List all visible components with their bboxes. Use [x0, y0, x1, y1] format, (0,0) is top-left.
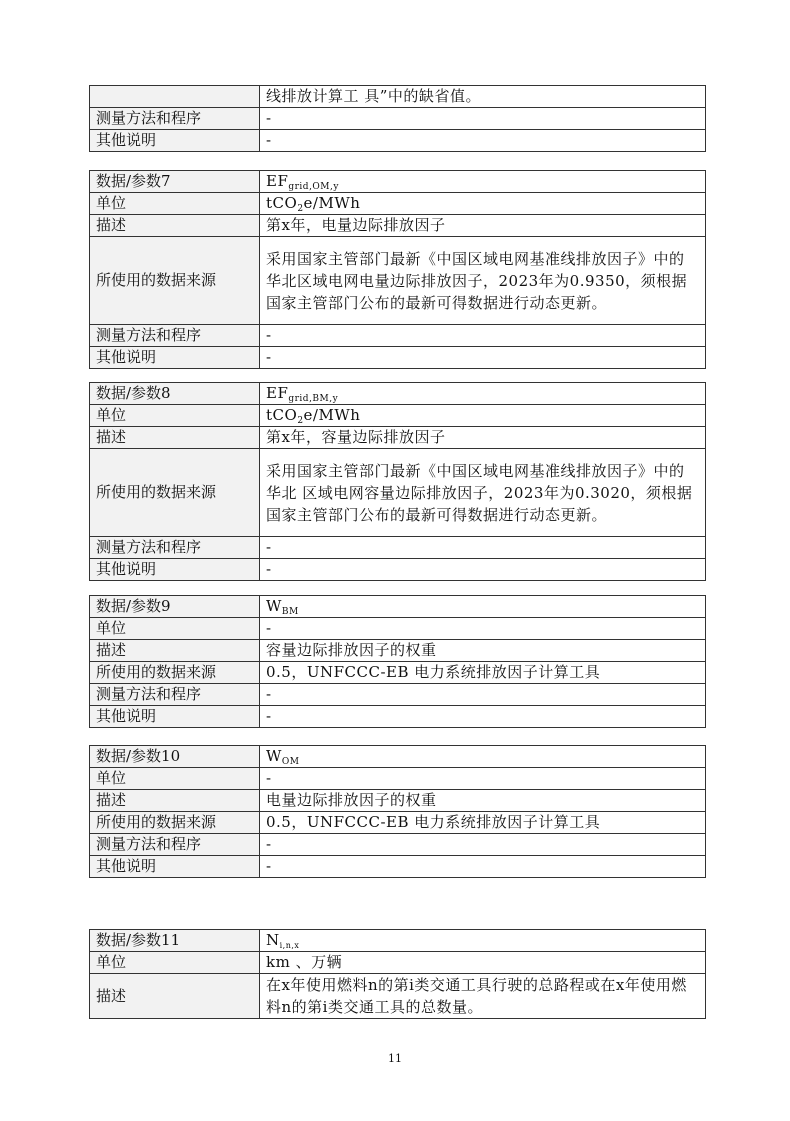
table-row: 单位 km 、万辆 — [90, 952, 706, 974]
table-row: 测量方法和程序 - — [90, 834, 706, 856]
unit-label: 单位 — [90, 952, 260, 974]
table-row: 单位 - — [90, 618, 706, 640]
source-value: 0.5，UNFCCC-EB 电力系统排放因子计算工具 — [260, 662, 706, 684]
method-label: 测量方法和程序 — [90, 834, 260, 856]
param-symbol: EFgrid,OM,y — [260, 171, 706, 193]
param-label: 数据/参数8 — [90, 383, 260, 405]
table-row: 描述 电量边际排放因子的权重 — [90, 790, 706, 812]
unit-label: 单位 — [90, 405, 260, 427]
row-label: 其他说明 — [90, 130, 260, 152]
param-label: 数据/参数11 — [90, 930, 260, 952]
table-row: 所使用的数据来源 0.5，UNFCCC-EB 电力系统排放因子计算工具 — [90, 812, 706, 834]
table-row: 线排放计算工 具”中的缺省值。 — [90, 86, 706, 108]
symbol-main: EF — [266, 384, 288, 402]
unit-value: km 、万辆 — [260, 952, 706, 974]
method-value: - — [260, 325, 706, 347]
unit-value: - — [260, 618, 706, 640]
table-row: 测量方法和程序 - — [90, 325, 706, 347]
unit-post: e/MWh — [304, 406, 361, 424]
row-label — [90, 86, 260, 108]
table-row: 描述 第x年，容量边际排放因子 — [90, 427, 706, 449]
row-value: 线排放计算工 具”中的缺省值。 — [260, 86, 706, 108]
table-row: 描述 第x年，电量边际排放因子 — [90, 215, 706, 237]
param-label: 数据/参数10 — [90, 746, 260, 768]
unit-label: 单位 — [90, 768, 260, 790]
table-row: 单位 tCO2e/MWh — [90, 193, 706, 215]
row-value: - — [260, 130, 706, 152]
unit-pre: tCO — [266, 194, 297, 212]
unit-post: e/MWh — [304, 194, 361, 212]
table-row: 描述 容量边际排放因子的权重 — [90, 640, 706, 662]
table-param-10: 数据/参数10 WOM 单位 - 描述 电量边际排放因子的权重 所使用的数据来源… — [89, 745, 706, 878]
method-label: 测量方法和程序 — [90, 537, 260, 559]
method-value: - — [260, 834, 706, 856]
symbol-sub: BM — [282, 607, 299, 617]
table-row: 其他说明 - — [90, 347, 706, 369]
row-label: 测量方法和程序 — [90, 108, 260, 130]
table-row: 数据/参数7 EFgrid,OM,y — [90, 171, 706, 193]
unit-value: - — [260, 768, 706, 790]
table-param-8: 数据/参数8 EFgrid,BM,y 单位 tCO2e/MWh 描述 第x年，容… — [89, 382, 706, 581]
source-value: 0.5，UNFCCC-EB 电力系统排放因子计算工具 — [260, 812, 706, 834]
desc-value: 第x年，容量边际排放因子 — [260, 427, 706, 449]
desc-value: 容量边际排放因子的权重 — [260, 640, 706, 662]
other-label: 其他说明 — [90, 856, 260, 878]
table-param-11: 数据/参数11 Ni,n,x 单位 km 、万辆 描述 在x年使用燃料n的第i类… — [89, 929, 706, 1019]
desc-label: 描述 — [90, 790, 260, 812]
unit-pre: tCO — [266, 406, 297, 424]
source-label: 所使用的数据来源 — [90, 812, 260, 834]
table-row: 测量方法和程序 - — [90, 537, 706, 559]
other-value: - — [260, 559, 706, 581]
table-row: 测量方法和程序 - — [90, 108, 706, 130]
source-label: 所使用的数据来源 — [90, 449, 260, 537]
method-label: 测量方法和程序 — [90, 325, 260, 347]
table-row: 数据/参数10 WOM — [90, 746, 706, 768]
desc-label: 描述 — [90, 640, 260, 662]
table-row: 数据/参数9 WBM — [90, 596, 706, 618]
desc-value: 第x年，电量边际排放因子 — [260, 215, 706, 237]
param-symbol: WOM — [260, 746, 706, 768]
method-value: - — [260, 684, 706, 706]
table-row: 其他说明 - — [90, 856, 706, 878]
source-value: 采用国家主管部门最新《中国区域电网基准线排放因子》中的华北 区域电网容量边际排放… — [260, 449, 706, 537]
symbol-main: EF — [266, 172, 288, 190]
source-value: 采用国家主管部门最新《中国区域电网基准线排放因子》中的华北区域电网电量边际排放因… — [260, 237, 706, 325]
other-value: - — [260, 347, 706, 369]
method-value: - — [260, 537, 706, 559]
table-row: 所使用的数据来源 采用国家主管部门最新《中国区域电网基准线排放因子》中的华北区域… — [90, 237, 706, 325]
unit-value: tCO2e/MWh — [260, 405, 706, 427]
desc-label: 描述 — [90, 974, 260, 1019]
table-row: 数据/参数11 Ni,n,x — [90, 930, 706, 952]
other-value: - — [260, 856, 706, 878]
desc-value: 电量边际排放因子的权重 — [260, 790, 706, 812]
table-row: 所使用的数据来源 0.5，UNFCCC-EB 电力系统排放因子计算工具 — [90, 662, 706, 684]
symbol-sub: OM — [282, 757, 300, 767]
source-label: 所使用的数据来源 — [90, 662, 260, 684]
param-symbol: EFgrid,BM,y — [260, 383, 706, 405]
other-value: - — [260, 706, 706, 728]
symbol-main: W — [266, 747, 282, 765]
unit-label: 单位 — [90, 618, 260, 640]
desc-label: 描述 — [90, 215, 260, 237]
symbol-sub: i,n,x — [280, 941, 300, 950]
table-continued: 线排放计算工 具”中的缺省值。 测量方法和程序 - 其他说明 - — [89, 85, 706, 152]
table-row: 数据/参数8 EFgrid,BM,y — [90, 383, 706, 405]
other-label: 其他说明 — [90, 347, 260, 369]
row-value: - — [260, 108, 706, 130]
table-param-9: 数据/参数9 WBM 单位 - 描述 容量边际排放因子的权重 所使用的数据来源 … — [89, 595, 706, 728]
source-label: 所使用的数据来源 — [90, 237, 260, 325]
desc-value: 在x年使用燃料n的第i类交通工具行驶的总路程或在x年使用燃料n的第i类交通工具的… — [260, 974, 706, 1019]
table-param-7: 数据/参数7 EFgrid,OM,y 单位 tCO2e/MWh 描述 第x年，电… — [89, 170, 706, 369]
symbol-sub: grid,BM,y — [288, 394, 338, 404]
symbol-sub: grid,OM,y — [288, 182, 339, 192]
other-label: 其他说明 — [90, 559, 260, 581]
table-row: 描述 在x年使用燃料n的第i类交通工具行驶的总路程或在x年使用燃料n的第i类交通… — [90, 974, 706, 1019]
table-row: 单位 tCO2e/MWh — [90, 405, 706, 427]
param-label: 数据/参数9 — [90, 596, 260, 618]
other-label: 其他说明 — [90, 706, 260, 728]
table-row: 单位 - — [90, 768, 706, 790]
page-number: 11 — [0, 1052, 790, 1065]
param-symbol: Ni,n,x — [260, 930, 706, 952]
unit-value: tCO2e/MWh — [260, 193, 706, 215]
table-row: 其他说明 - — [90, 559, 706, 581]
unit-label: 单位 — [90, 193, 260, 215]
desc-label: 描述 — [90, 427, 260, 449]
param-symbol: WBM — [260, 596, 706, 618]
table-row: 所使用的数据来源 采用国家主管部门最新《中国区域电网基准线排放因子》中的华北 区… — [90, 449, 706, 537]
method-label: 测量方法和程序 — [90, 684, 260, 706]
param-label: 数据/参数7 — [90, 171, 260, 193]
table-row: 其他说明 - — [90, 130, 706, 152]
symbol-main: W — [266, 597, 282, 615]
table-row: 其他说明 - — [90, 706, 706, 728]
table-row: 测量方法和程序 - — [90, 684, 706, 706]
symbol-main: N — [266, 931, 280, 949]
